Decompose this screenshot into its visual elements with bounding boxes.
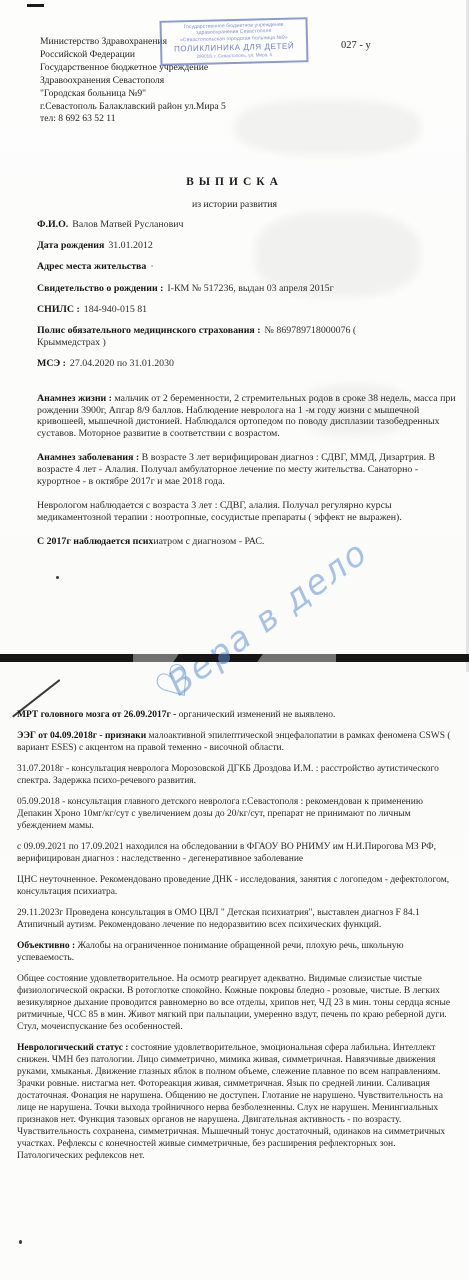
- field-row: Свидетельство о рождении :I-КМ № 517236,…: [37, 283, 458, 295]
- paragraph: ЦНС неуточненное. Рекомендовано проведен…: [17, 874, 454, 898]
- field-label: Дата рождения: [37, 240, 104, 251]
- paragraph-lead: МРТ головного мозга от 26.09.2017г -: [17, 710, 176, 720]
- paragraph-text: Жалобы на ограниченное понимание обращен…: [17, 941, 404, 963]
- paragraph: Неврологом наблюдается с возраста 3 лет …: [37, 500, 458, 524]
- anamnesis-paragraphs: Анамнез жизни : мальчик от 2 беременност…: [37, 393, 458, 548]
- paragraph-lead: Анамнез жизни :: [37, 393, 112, 404]
- form-code: 027 - у: [341, 40, 371, 51]
- band-segment: [0, 654, 133, 662]
- paragraph-lead: Неврологический статус :: [17, 1043, 128, 1053]
- field-value: ·: [150, 261, 153, 272]
- paragraph: Анамнез жизни : мальчик от 2 беременност…: [37, 393, 458, 441]
- letterhead-line: Здравоохранения Севастополя: [40, 75, 320, 88]
- field-row: СНИЛС :184-940-015 81: [37, 304, 458, 316]
- band-segment: [336, 654, 469, 662]
- paragraph: Объективно : Жалобы на ограниченное пони…: [17, 940, 454, 964]
- paragraph: ЭЭГ от 04.09.2018г - признаки малоактивн…: [17, 730, 454, 754]
- watermark: ♡Вера в дело: [160, 543, 361, 705]
- letterhead-line: тел: 8 692 63 52 11: [40, 113, 320, 126]
- field-label: Ф.И.О.: [37, 219, 68, 230]
- paragraph-lead: Объективно :: [17, 941, 75, 951]
- field-value: 184-940-015 81: [84, 304, 147, 315]
- field-label: Свидетельство о рождении :: [37, 283, 163, 294]
- paragraph: Неврологический статус : состояние удовл…: [17, 1042, 454, 1162]
- paragraph-text: состояние удовлетворительное, эмоциональ…: [17, 1043, 445, 1161]
- field-value: Валов Матвей Русланович: [72, 219, 183, 230]
- paragraph-text: органический изменений не выявлено.: [176, 710, 335, 720]
- field-row: МСЭ :27.04.2020 по 31.01.2030: [37, 358, 458, 370]
- stray-ink-dot: [19, 1240, 22, 1244]
- corner-dash-mark: [27, 4, 44, 7]
- page-subtitle: из истории развития: [0, 199, 469, 210]
- paragraph-lead: Анамнез заболевания :: [37, 452, 139, 463]
- page-title: ВЫПИСКА: [0, 176, 469, 188]
- paragraph: Общее состояние удовлетворительное. На о…: [17, 973, 454, 1033]
- field-label: Адрес места жительства: [37, 261, 146, 272]
- paragraph: с 09.09.2021 по 17.09.2021 находился на …: [17, 841, 454, 865]
- paragraph: Анамнез заболевания : В возрасте 3 лет в…: [37, 452, 458, 488]
- field-label: МСЭ :: [37, 358, 66, 369]
- stray-ink-dot: [56, 576, 59, 579]
- paragraph-text: Общее состояние удовлетворительное. На о…: [17, 974, 450, 1032]
- page-separator-band: [0, 654, 469, 662]
- letterhead-line: г.Севастополь Балаклавский район ул.Мира…: [40, 101, 320, 114]
- letterhead-line: "Городская больница №9": [40, 88, 320, 101]
- patient-fields: Ф.И.О.Валов Матвей Русланович Дата рожде…: [37, 219, 458, 371]
- paragraph: 31.07.2018г - консультация невролога Мор…: [17, 763, 454, 787]
- page2-body: МРТ головного мозга от 26.09.2017г - орг…: [17, 709, 454, 1171]
- field-row: Дата рождения31.01.2012: [37, 240, 458, 252]
- paragraph-text: 31.07.2018г - консультация невролога Мор…: [17, 764, 439, 786]
- paragraph-text: ЦНС неуточненное. Рекомендовано проведен…: [17, 875, 449, 897]
- field-label: СНИЛС :: [37, 304, 80, 315]
- page1-body: Ф.И.О.Валов Матвей Русланович Дата рожде…: [37, 219, 458, 560]
- field-value: 27.04.2020 по 31.01.2030: [70, 358, 174, 369]
- field-value: I-КМ № 517236, выдан 03 апреля 2015г: [167, 283, 333, 294]
- field-value: 31.01.2012: [108, 240, 152, 251]
- paragraph-lead: С 2017г наблюдается псих: [37, 536, 153, 547]
- watermark-overlap-dot: [218, 652, 230, 664]
- paragraph-text: Неврологом наблюдается с возраста 3 лет …: [37, 500, 402, 523]
- paragraph-text: 05.09.2018 - консультация главного детск…: [17, 797, 423, 831]
- field-row: Адрес места жительства·: [37, 261, 458, 273]
- field-row: Ф.И.О.Валов Матвей Русланович: [37, 219, 458, 231]
- field-row: Полис обязательного медицинского страхов…: [37, 325, 379, 349]
- paragraph-lead: ЭЭГ от 04.09.2018г - признаки: [17, 731, 146, 741]
- clinic-stamp: Государственное бюджетное учреждениездра…: [159, 17, 308, 66]
- paragraph: С 2017г наблюдается психиатром с диагноз…: [37, 536, 458, 548]
- paragraph-text: иатром с диагнозом - РАС.: [153, 536, 264, 547]
- paragraph-text: 29.11.2023г Проведена консультация в ОМО…: [17, 908, 420, 930]
- paragraph: 05.09.2018 - консультация главного детск…: [17, 796, 454, 832]
- paragraph: 29.11.2023г Проведена консультация в ОМО…: [17, 907, 454, 931]
- field-label: Полис обязательного медицинского страхов…: [37, 325, 261, 336]
- paragraph: МРТ головного мозга от 26.09.2017г - орг…: [17, 709, 454, 721]
- paragraph-text: с 09.09.2021 по 17.09.2021 находился на …: [17, 842, 436, 864]
